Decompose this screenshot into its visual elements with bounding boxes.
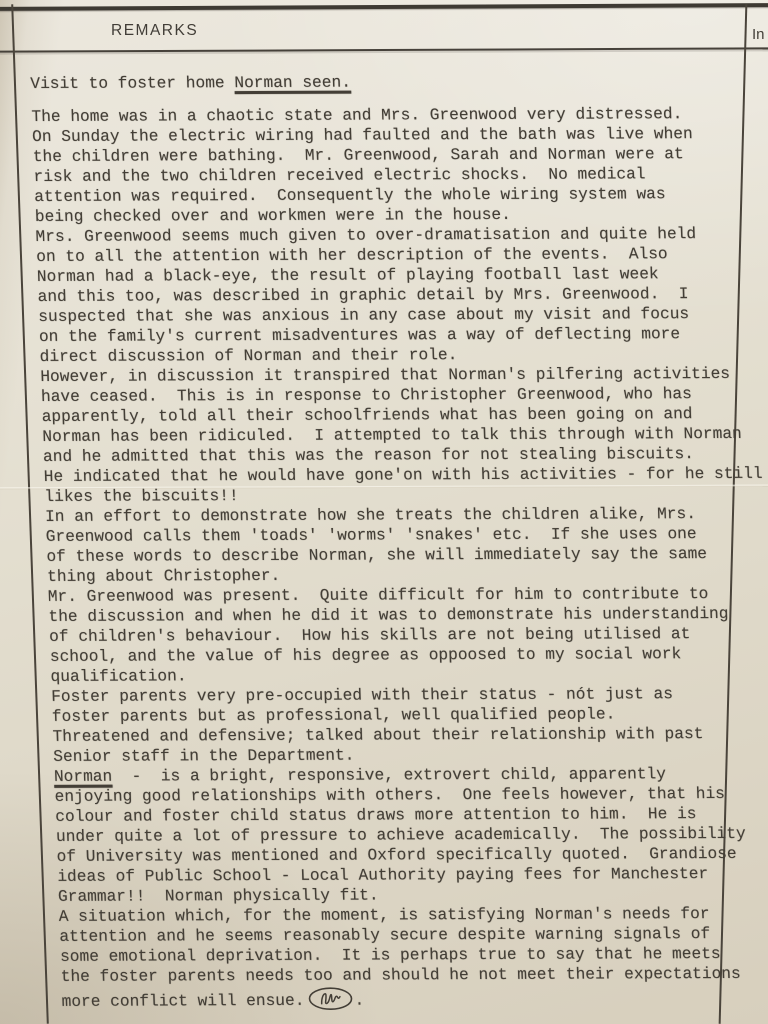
paragraph-5: Mr. Greenwood was present. Quite difficu…: [47, 584, 768, 687]
paragraph-6: Foster parents very pre-occupied with th…: [51, 684, 768, 727]
paragraph-9: A situation which, for the moment, is sa…: [58, 904, 768, 1013]
title-underlined-text: Norman seen.: [234, 74, 351, 93]
paragraph-3: However, in discussion it transpired tha…: [40, 364, 768, 507]
document-sheet: REMARKS In Visit to foster home Norman s…: [0, 0, 768, 1024]
remarks-column-header: REMARKS: [111, 22, 198, 40]
paragraph-4: In an effort to demonstrate how she trea…: [45, 504, 768, 587]
header-divider-rule: [0, 47, 768, 52]
top-border-rule: [0, 3, 768, 11]
circled-initials-handwriting: [307, 986, 354, 1012]
initials-column-header: In: [752, 26, 765, 43]
title-text: Visit to foster home: [30, 74, 235, 93]
paragraph-2: Mrs. Greenwood seems much given to over-…: [35, 224, 768, 367]
paragraph-7: Threatened and defensive; talked about t…: [52, 724, 768, 767]
underlined-word: Norman: [54, 768, 113, 786]
remarks-text-block: Visit to foster home Norman seen.The hom…: [30, 71, 768, 1013]
paragraph-8: Norman - is a bright, responsive, extrov…: [54, 764, 768, 907]
paragraph-1: The home was in a chaotic state and Mrs.…: [31, 104, 768, 227]
entry-title: Visit to foster home Norman seen.: [30, 71, 768, 94]
